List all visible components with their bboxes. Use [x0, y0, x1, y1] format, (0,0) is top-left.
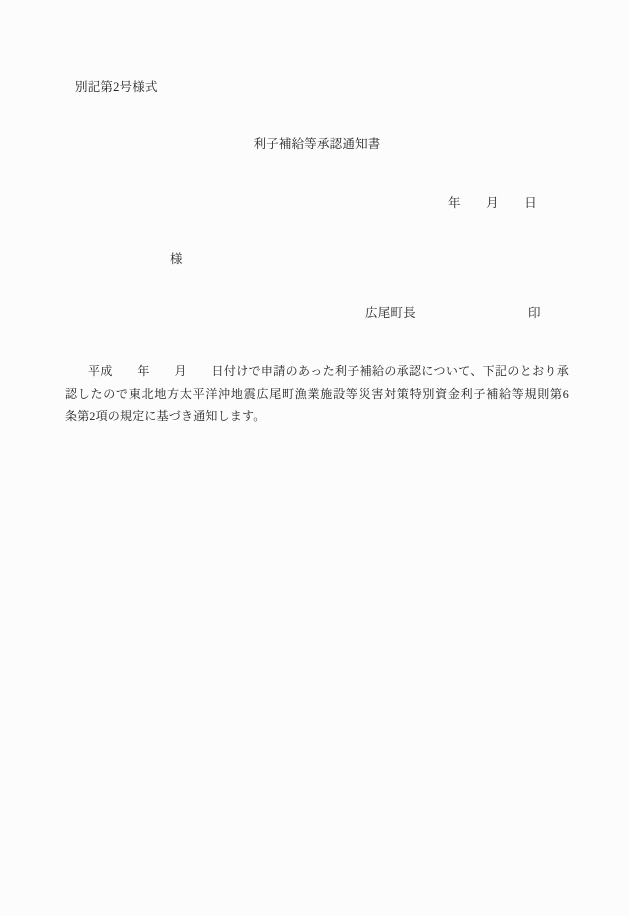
document-title: 利子補給等承認通知書: [0, 137, 630, 152]
sender-title: 広尾町長: [365, 306, 416, 321]
seal-placeholder: 印: [528, 306, 541, 321]
notification-form-page: 別記第2号様式 利子補給等承認通知書 年 月 日 様 広尾町長 印 平成 年 月…: [0, 0, 630, 916]
body-line: 認したので東北地方太平洋沖地震広尾町漁業施設等災害対策特別資金利子補給等規則第6: [65, 383, 569, 406]
date-blank-line: 年 月 日: [448, 196, 537, 211]
recipient-honorific: 様: [170, 252, 183, 267]
form-number-label: 別記第2号様式: [75, 80, 158, 95]
body-line: 条第2項の規定に基づき通知します。: [65, 405, 569, 428]
body-line: 平成 年 月 日付けで申請のあった利子補給の承認について、下記のとおり承: [65, 360, 569, 383]
body-paragraph: 平成 年 月 日付けで申請のあった利子補給の承認について、下記のとおり承 認した…: [65, 360, 569, 428]
